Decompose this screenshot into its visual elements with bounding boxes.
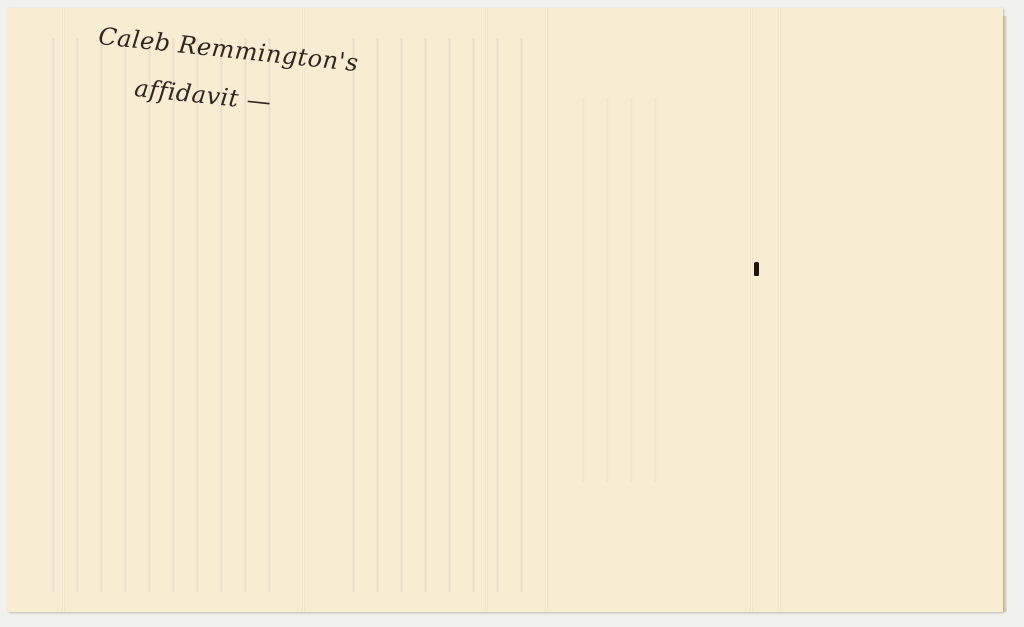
- fold-line: [778, 8, 781, 612]
- bleed-through-text: [568, 98, 678, 482]
- document-page: Caleb Remmington's affidavit —: [8, 8, 1003, 612]
- ink-blot: [754, 262, 759, 276]
- fold-line: [302, 8, 305, 612]
- bleed-through-text: [38, 38, 288, 592]
- bleed-through-text: [338, 38, 538, 592]
- fold-line: [545, 8, 548, 612]
- fold-line: [750, 8, 753, 612]
- paper-edge: [1003, 16, 1007, 612]
